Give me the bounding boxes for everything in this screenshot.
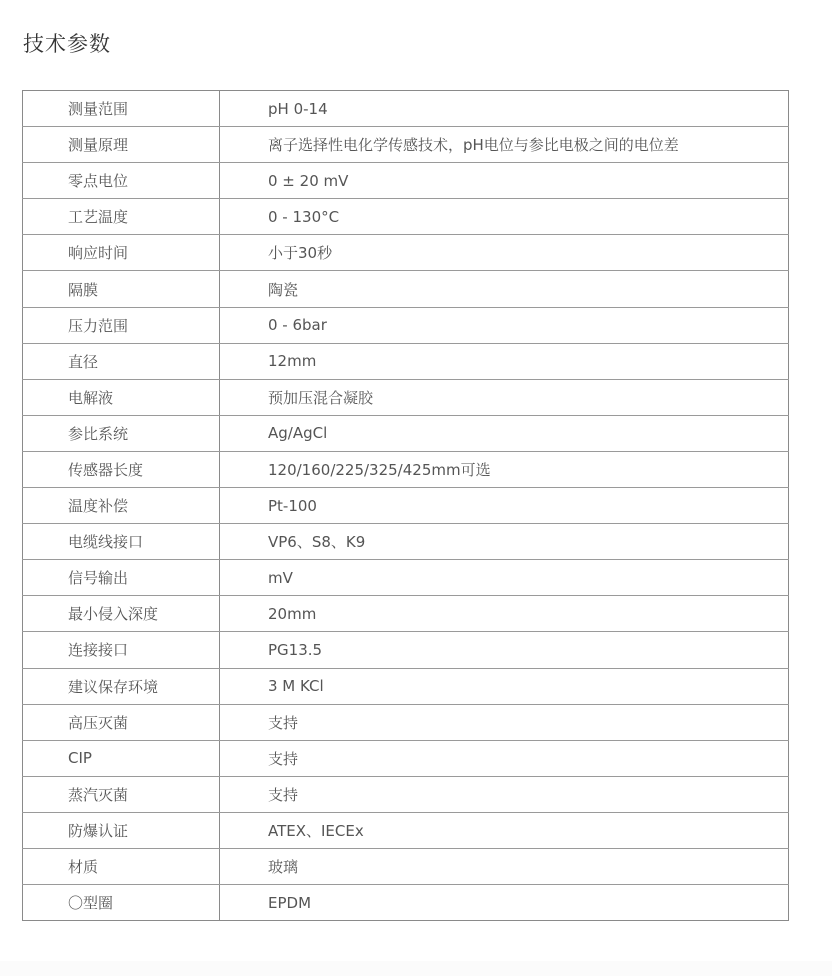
spec-value: 0 ± 20 mV: [220, 163, 789, 199]
spec-value: 预加压混合凝胶: [220, 379, 789, 415]
spec-value: EPDM: [220, 885, 789, 921]
table-row: 零点电位0 ± 20 mV: [23, 163, 789, 199]
spec-label: 材质: [23, 848, 220, 884]
spec-label: 传感器长度: [23, 451, 220, 487]
spec-label: 温度补偿: [23, 488, 220, 524]
spec-value: 20mm: [220, 596, 789, 632]
spec-value: Pt-100: [220, 488, 789, 524]
table-row: 隔膜陶瓷: [23, 271, 789, 307]
spec-value: 12mm: [220, 343, 789, 379]
spec-label: CIP: [23, 740, 220, 776]
spec-label: 工艺温度: [23, 199, 220, 235]
spec-label: 电缆线接口: [23, 524, 220, 560]
spec-value: 陶瓷: [220, 271, 789, 307]
table-row: 蒸汽灭菌支持: [23, 776, 789, 812]
spec-label: 压力范围: [23, 307, 220, 343]
spec-label: 高压灭菌: [23, 704, 220, 740]
page-title: 技术参数: [23, 28, 111, 60]
spec-value: 0 - 130°C: [220, 199, 789, 235]
table-row: 响应时间小于30秒: [23, 235, 789, 271]
table-row: 信号输出mV: [23, 560, 789, 596]
spec-value: pH 0-14: [220, 91, 789, 127]
table-row: 建议保存环境3 M KCl: [23, 668, 789, 704]
spec-value: 支持: [220, 740, 789, 776]
spec-value: 离子选择性电化学传感技术，pH电位与参比电极之间的电位差: [220, 127, 789, 163]
spec-label: 隔膜: [23, 271, 220, 307]
table-row: 电解液预加压混合凝胶: [23, 379, 789, 415]
table-row: 高压灭菌支持: [23, 704, 789, 740]
spec-value: 小于30秒: [220, 235, 789, 271]
spec-table-body: 测量范围pH 0-14 测量原理离子选择性电化学传感技术，pH电位与参比电极之间…: [23, 91, 789, 921]
spec-value: ATEX、IECEx: [220, 812, 789, 848]
table-row: 工艺温度0 - 130°C: [23, 199, 789, 235]
spec-label: 连接接口: [23, 632, 220, 668]
table-row: 温度补偿Pt-100: [23, 488, 789, 524]
table-row: 压力范围0 - 6bar: [23, 307, 789, 343]
spec-value: PG13.5: [220, 632, 789, 668]
spec-label: 电解液: [23, 379, 220, 415]
spec-value: VP6、S8、K9: [220, 524, 789, 560]
spec-label: 防爆认证: [23, 812, 220, 848]
table-row: 直径12mm: [23, 343, 789, 379]
spec-value: mV: [220, 560, 789, 596]
table-row: 材质玻璃: [23, 848, 789, 884]
spec-label: 测量范围: [23, 91, 220, 127]
spec-value: 支持: [220, 704, 789, 740]
spec-label: 建议保存环境: [23, 668, 220, 704]
spec-label: 参比系统: [23, 415, 220, 451]
spec-value: 玻璃: [220, 848, 789, 884]
spec-value: 3 M KCl: [220, 668, 789, 704]
spec-label: 最小侵入深度: [23, 596, 220, 632]
table-row: 测量范围pH 0-14: [23, 91, 789, 127]
table-row: 测量原理离子选择性电化学传感技术，pH电位与参比电极之间的电位差: [23, 127, 789, 163]
table-row: 连接接口PG13.5: [23, 632, 789, 668]
page-footer-band: [0, 961, 832, 976]
table-row: 防爆认证ATEX、IECEx: [23, 812, 789, 848]
spec-label: 测量原理: [23, 127, 220, 163]
table-row: 最小侵入深度20mm: [23, 596, 789, 632]
table-row: 参比系统Ag/AgCl: [23, 415, 789, 451]
spec-value: 支持: [220, 776, 789, 812]
table-row: 〇型圈EPDM: [23, 885, 789, 921]
table-row: 电缆线接口VP6、S8、K9: [23, 524, 789, 560]
spec-label: 响应时间: [23, 235, 220, 271]
spec-label: 直径: [23, 343, 220, 379]
table-row: 传感器长度120/160/225/325/425mm可选: [23, 451, 789, 487]
spec-value: 120/160/225/325/425mm可选: [220, 451, 789, 487]
table-row: CIP支持: [23, 740, 789, 776]
spec-table: 测量范围pH 0-14 测量原理离子选择性电化学传感技术，pH电位与参比电极之间…: [22, 90, 789, 921]
spec-value: Ag/AgCl: [220, 415, 789, 451]
spec-label: 蒸汽灭菌: [23, 776, 220, 812]
spec-label: 〇型圈: [23, 885, 220, 921]
spec-label: 信号输出: [23, 560, 220, 596]
spec-label: 零点电位: [23, 163, 220, 199]
spec-value: 0 - 6bar: [220, 307, 789, 343]
